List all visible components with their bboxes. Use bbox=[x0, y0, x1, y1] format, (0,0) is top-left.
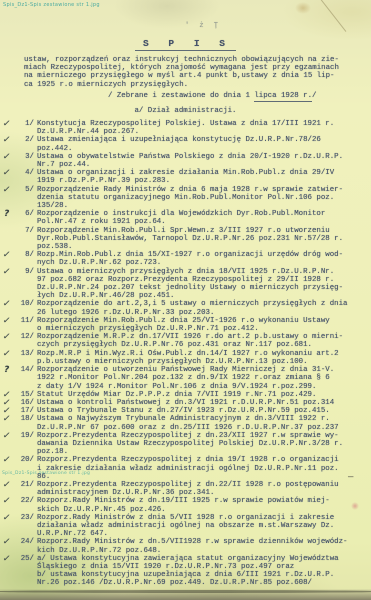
item-text-line: czych przysięgłych Dz.U.R.P.Nr.76 poz.43… bbox=[37, 341, 371, 349]
item-text-line: 26 lutego 1926 r.Dz.U.R.P.Nr.33 poz.203. bbox=[37, 309, 371, 317]
list-item: ✓21/Rozporz.Prezydenta Rzeczypospolitej … bbox=[0, 481, 371, 497]
item-text: Rozporz.Prezydenta Rzeczypospolitej z dn… bbox=[34, 432, 371, 457]
item-number: 1/ bbox=[13, 120, 34, 128]
item-text: Rozp.M.R.P i Min.Wyz.R.i Ośw.Publ.z dn.1… bbox=[34, 350, 371, 366]
item-text: Rozporządzenie Min.Rob.Publ.z dnia 25/VI… bbox=[34, 317, 371, 333]
item-number: 14/ bbox=[13, 366, 34, 374]
item-text-line: Rozporządzenie do art.2,3,i 5 ustawy o m… bbox=[37, 300, 371, 308]
item-text-line: Rozporządzenie Min.Rob.Publ.z dnia 25/VI… bbox=[37, 317, 371, 325]
item-text-line: Rozporz.Rady Ministrów z dnia 5/VII 1928… bbox=[37, 514, 371, 522]
item-text-line: Pol.Nr.47 z roku 1921 poz.64. bbox=[37, 218, 371, 226]
item-text: Ustawa zmieniająca i uzupełniająca konst… bbox=[34, 136, 371, 152]
item-number: 16/ bbox=[13, 399, 34, 407]
item-number: 21/ bbox=[13, 481, 34, 489]
title-row: S P I S bbox=[0, 33, 371, 51]
checkmark-annotation: ✓ bbox=[0, 456, 14, 464]
item-text-line: Konstytucja Rzeczypospolitej Polskiej. U… bbox=[37, 120, 371, 128]
checkmark-annotation: ✓ bbox=[0, 136, 14, 144]
list-item: ✓4/Ustawa o organizacji i zakresie dział… bbox=[0, 169, 371, 185]
checkmark-annotation: ✓ bbox=[0, 251, 14, 259]
item-number: 25/ bbox=[13, 555, 34, 563]
item-text: Rozporządzenie Min.Rob.Publ.i Spr.Wewn.z… bbox=[34, 227, 371, 252]
checkmark-annotation: ✓ bbox=[0, 186, 14, 194]
index-list: ✓1/Konstytucja Rzeczypospolitej Polskiej… bbox=[0, 120, 371, 588]
list-item: ✓24/Rozporz.Rady Ministrów z dn.5/VII192… bbox=[0, 538, 371, 554]
checkmark-annotation: ✓ bbox=[0, 120, 14, 128]
intro-line: ca 1925 r.o mierniczych przysięgłych. bbox=[24, 81, 364, 89]
item-text: Rozporządzenie o instrukcji dla Wojewódz… bbox=[34, 210, 371, 226]
item-text-line: Rozporz.Rady Ministrów z dn.19/III 1925 … bbox=[37, 497, 371, 505]
item-text: Ustawa o obywatelstwie Państwa Polskiego… bbox=[34, 153, 371, 169]
list-item: ✓19/Rozporz.Prezydenta Rzeczypospolitej … bbox=[0, 432, 371, 457]
item-number: 6/ bbox=[13, 210, 34, 218]
item-text-line: 1922 r.Monitor Pol.Nr.204 poz.132 z dn.9… bbox=[37, 374, 371, 382]
item-text: Konstytucja Rzeczypospolitej Polskiej. U… bbox=[34, 120, 371, 136]
list-item: ✓15/Statut Urzędów Miar Dz.P.P.P.z dnia … bbox=[0, 391, 371, 399]
list-item: ✓20/Rozporz.Prezydenta Rzeczypospolitej … bbox=[0, 456, 371, 481]
item-number: 7/ bbox=[13, 227, 34, 235]
item-text-line: Dz.U.R.P.Nr 67 poz.600 oraz z dn.25/III … bbox=[37, 424, 371, 432]
checkmark-annotation: ✓ bbox=[0, 350, 14, 358]
intro-paragraph: ustaw, rozporządzeń oraz instrukcyj tech… bbox=[24, 56, 364, 89]
list-item: ✓13/Rozp.M.R.P i Min.Wyz.R.i Ośw.Publ.z … bbox=[0, 350, 371, 366]
checkmark-annotation: ✓ bbox=[0, 268, 14, 276]
list-item: ✓8/Rozp.Min.Rob.Publ.z dnia 15/XI-1927 r… bbox=[0, 251, 371, 267]
item-text-line: 135/28. bbox=[37, 202, 371, 210]
list-item: ?6/Rozporządzenie o instrukcji dla Wojew… bbox=[0, 210, 371, 226]
list-item: ✓3/Ustawa o obywatelstwie Państwa Polski… bbox=[0, 153, 371, 169]
collected-suffix: / bbox=[312, 92, 316, 100]
list-item: ✓1/Konstytucja Rzeczypospolitej Polskiej… bbox=[0, 120, 371, 136]
list-item: ✓9/Ustawa o mierniczych przysięgłych z d… bbox=[0, 268, 371, 301]
checkmark-annotation: ✓ bbox=[0, 333, 14, 341]
intro-line: na mierniczego przysięgłego w myśl art.4… bbox=[24, 72, 364, 80]
item-text: Rozporz.Rady Ministrów z dn.19/III 1925 … bbox=[34, 497, 371, 513]
item-text: Rozporządzenie o utworzeniu Państwowej R… bbox=[34, 366, 371, 391]
item-text-line: Rozporz.Prezydenta Rzeczypospolitej z dn… bbox=[37, 481, 371, 489]
item-text: Rozporz.Prezydenta Rzeczypospolitej z dn… bbox=[34, 481, 371, 497]
item-text-line: Ustawa zmieniająca i uzupełniająca konst… bbox=[37, 136, 371, 144]
item-text-line: działania władz administracji ogólnej na… bbox=[37, 522, 371, 530]
checkmark-annotation: ✓ bbox=[0, 169, 14, 177]
item-text-line: Ustawa o kontroli Państwowej z dn.3/VI 1… bbox=[37, 399, 371, 407]
item-text: Ustawa o mierniczych przysięgłych z dnia… bbox=[34, 268, 371, 301]
item-text-line: nych Dz.U.R.P.Nr.62 poz.723. bbox=[37, 259, 371, 267]
item-text-line: a/ Ustawa konstytucyjna zawierająca stat… bbox=[37, 555, 371, 563]
item-number: 19/ bbox=[13, 432, 34, 440]
item-text-line: Rozporz.Prezydenta Rzeczypospolitej z dn… bbox=[37, 456, 371, 464]
pencil-dash-mark: — bbox=[348, 472, 352, 482]
item-text: Rozporządzenie M.R.P.z dn.17/VII 1926 r.… bbox=[34, 333, 371, 349]
page-title: S P I S bbox=[135, 38, 236, 51]
item-text: Rozporządzenie Rady Ministrów z dnia 6 m… bbox=[34, 186, 371, 211]
list-item: ✓23/Rozporz.Rady Ministrów z dnia 5/VII … bbox=[0, 514, 371, 539]
collected-prefix: / Zebrane i zestawione do dnia 1 bbox=[108, 92, 254, 100]
item-number: 9/ bbox=[13, 268, 34, 276]
paper-crease-line bbox=[316, 0, 346, 32]
item-number: 13/ bbox=[13, 350, 34, 358]
item-text-line: Rozp.M.R.P i Min.Wyz.R.i Ośw.Publ.z dn.1… bbox=[37, 350, 371, 358]
list-item: ✓10/Rozporządzenie do art.2,3,i 5 ustawy… bbox=[0, 300, 371, 316]
item-text: Rozporz.Prezydenta Rzeczypospolitej z dn… bbox=[34, 456, 371, 481]
item-number: 12/ bbox=[13, 333, 34, 341]
item-text-line: poz.442. bbox=[37, 145, 371, 153]
question-annotation: ? bbox=[0, 366, 14, 374]
item-text: Rozp.Min.Rob.Publ.z dnia 15/XI-1927 r.o … bbox=[34, 251, 371, 267]
carbon-ghost-marks: ' ż Ț bbox=[185, 22, 221, 30]
item-text: a/ Ustawa konstytucyjna zawierająca stat… bbox=[34, 555, 371, 588]
item-number: 5/ bbox=[13, 186, 34, 194]
item-number: 23/ bbox=[13, 514, 34, 522]
paper-stain bbox=[295, 2, 311, 14]
item-text-line: kich Dz.U.R.P.Nr.72 poz.648. bbox=[37, 547, 371, 555]
item-text-line: Statut Urzędów Miar Dz.P.P.P.z dnia 7/VI… bbox=[37, 391, 371, 399]
checkmark-annotation: ✓ bbox=[0, 432, 14, 440]
item-number: 2/ bbox=[13, 136, 34, 144]
scan-filename-watermark: Spis_Dz1-Spis zestawione str 1.jpg bbox=[2, 471, 90, 476]
checkmark-annotation: ✓ bbox=[0, 300, 14, 308]
item-text-line: Rozporz.Rady Ministrów z dn.5/VII1928 r.… bbox=[37, 538, 371, 546]
item-text-line: Nr.26 poz.146 /Dz.U.R.P.Nr.69 poz.449. D… bbox=[37, 579, 371, 587]
item-number: 10/ bbox=[13, 300, 34, 308]
item-text: Rozporządzenie do art.2,3,i 5 ustawy o m… bbox=[34, 300, 371, 316]
list-item: ?14/Rozporządzenie o utworzeniu Państwow… bbox=[0, 366, 371, 391]
scanned-document-page: Spis_Dz1-Spis zestawione str 1.jpg ' ż Ț… bbox=[0, 0, 371, 600]
list-item: ✓22/Rozporz.Rady Ministrów z dn.19/III 1… bbox=[0, 497, 371, 513]
item-text-line: dawania Dziennika Ustaw Rzeczypospolitej… bbox=[37, 440, 371, 448]
section-heading: a/ Dział administracji. bbox=[0, 107, 371, 115]
checkmark-annotation: ✓ bbox=[0, 514, 14, 522]
item-text: Rozporz.Rady Ministrów z dnia 5/VII 1928… bbox=[34, 514, 371, 539]
checkmark-annotation: ✓ bbox=[0, 481, 14, 489]
item-number: 24/ bbox=[13, 538, 34, 546]
list-item: ✓11/Rozporządzenie Min.Rob.Publ.z dnia 2… bbox=[0, 317, 371, 333]
item-text-line: Rozporz.Prezydenta Rzeczypospolitej z dn… bbox=[37, 432, 371, 440]
item-text-line: Nr.7 poz.44. bbox=[37, 161, 371, 169]
scan-filename-watermark: Spis_Dz1-Spis zestawione str 1.jpg bbox=[3, 2, 100, 8]
item-text: Ustawa o Najwyższym Trybunale Administra… bbox=[34, 415, 371, 431]
list-item: ✓5/Rozporządzenie Rady Ministrów z dnia … bbox=[0, 186, 371, 211]
item-text-line: 97 poz.682 oraz Rozporz.Prezydenta Rzecz… bbox=[37, 276, 371, 284]
checkmark-annotation: ✓ bbox=[0, 317, 14, 325]
question-annotation: ? bbox=[0, 210, 14, 218]
item-number: 4/ bbox=[13, 169, 34, 177]
item-text-line: skich Dz.U.R.P.Nr.45 poz.426. bbox=[37, 506, 371, 514]
item-number: 3/ bbox=[13, 153, 34, 161]
item-text-line: Śląskiego z dnia 15/VII 1920 r.Dz.U.R.P.… bbox=[37, 563, 371, 571]
item-text-line: Ustawa o obywatelstwie Państwa Polskiego… bbox=[37, 153, 371, 161]
item-number: 20/ bbox=[13, 456, 34, 464]
item-number: 8/ bbox=[13, 251, 34, 259]
list-item: 7/Rozporządzenie Min.Rob.Publ.i Spr.Wewn… bbox=[0, 227, 371, 252]
collected-date-underlined: lipca 1928 r. bbox=[254, 92, 312, 102]
list-item: ✓16/Ustawa o kontroli Państwowej z dn.3/… bbox=[0, 399, 371, 407]
list-item: ✓25/a/ Ustawa konstytucyjna zawierająca … bbox=[0, 555, 371, 588]
list-item: ✓18/Ustawa o Najwyższym Trybunale Admini… bbox=[0, 415, 371, 431]
item-text-line: z daty 1/V 1924 r.Monitor Pol.Nr.106 z d… bbox=[37, 383, 371, 391]
intro-line: ustaw, rozporządzeń oraz instrukcyj tech… bbox=[24, 56, 364, 64]
checkmark-annotation: ✓ bbox=[0, 415, 14, 423]
item-number: 22/ bbox=[13, 497, 34, 505]
checkmark-annotation: ✓ bbox=[0, 555, 14, 563]
item-text-line: Rozporządzenie Min.Rob.Publ.i Spr.Wewn.z… bbox=[37, 227, 371, 235]
collected-date-line: / Zebrane i zestawione do dnia 1 lipca 1… bbox=[0, 92, 371, 100]
item-text: Ustawa o kontroli Państwowej z dn.3/VI 1… bbox=[34, 399, 371, 407]
item-text-line: Dyr.Rob.Publ.Stanisławów, Tarnopol Dz.U.… bbox=[37, 235, 371, 243]
scan-bottom-edge-line bbox=[0, 590, 371, 593]
item-text: Ustawa o organizacji i zakresie działani… bbox=[34, 169, 371, 185]
checkmark-annotation: ✓ bbox=[0, 538, 14, 546]
item-text-line: Ustawa o mierniczych przysięgłych z dnia… bbox=[37, 268, 371, 276]
item-number: 18/ bbox=[13, 415, 34, 423]
list-item: ✓2/Ustawa zmieniająca i uzupełniająca ko… bbox=[0, 136, 371, 152]
item-text-line: dzenia statutu organizacyjnego Min.Rob.P… bbox=[37, 194, 371, 202]
item-text-line: p.b.ustawy o mierniczych przysięgłych Dz… bbox=[37, 358, 371, 366]
item-text-line: Rozporządzenie Rady Ministrów z dnia 6 m… bbox=[37, 186, 371, 194]
item-number: 11/ bbox=[13, 317, 34, 325]
checkmark-annotation: ✓ bbox=[0, 497, 14, 505]
item-text-line: Ustawa o Najwyższym Trybunale Administra… bbox=[37, 415, 371, 423]
checkmark-annotation: ✓ bbox=[0, 153, 14, 161]
item-text-line: 1919 r.Dz.P.P.P.Nr.39 poz.283. bbox=[37, 177, 371, 185]
item-number: 15/ bbox=[13, 391, 34, 399]
list-item: ✓12/Rozporządzenie M.R.P.z dn.17/VII 192… bbox=[0, 333, 371, 349]
item-text: Statut Urzędów Miar Dz.P.P.P.z dnia 7/VI… bbox=[34, 391, 371, 399]
item-text: Rozporz.Rady Ministrów z dn.5/VII1928 r.… bbox=[34, 538, 371, 554]
paper-stain bbox=[351, 502, 359, 510]
